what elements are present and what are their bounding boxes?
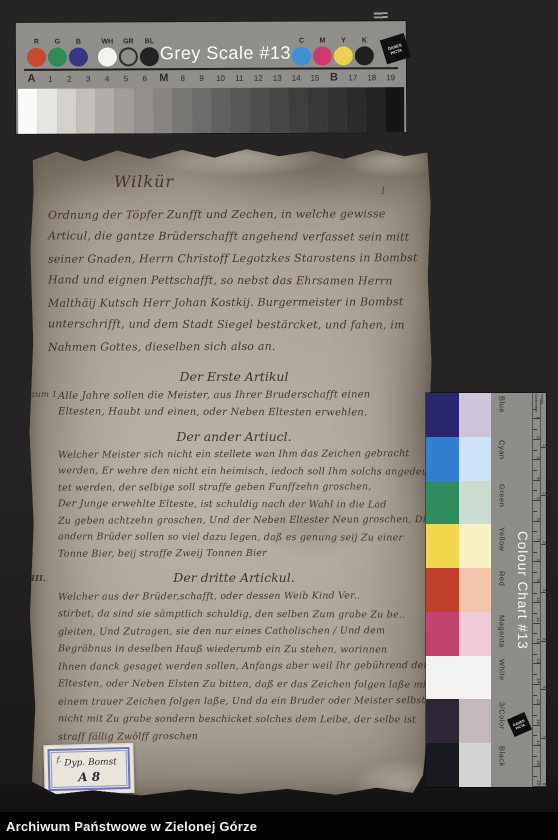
folio-number: 1 xyxy=(380,186,386,197)
manuscript-line: Articul, die gantze Brüderschafft angehe… xyxy=(48,225,420,248)
colour-chart-row: White xyxy=(426,656,513,700)
colour-label: Green xyxy=(491,481,513,525)
colour-chart-row: Blue xyxy=(426,393,513,437)
calibration-dot: R xyxy=(26,39,47,67)
colour-patch-tint xyxy=(459,393,491,437)
colour-dot-icon xyxy=(27,48,46,67)
greyscale-patch xyxy=(211,88,230,133)
greyscale-patch xyxy=(192,88,211,133)
colour-chart-row: Magenta xyxy=(426,612,513,656)
ruler-number: 6 xyxy=(542,686,547,689)
greyscale-patch xyxy=(115,88,134,133)
ruler-number: 7 xyxy=(542,735,547,738)
colour-label: Yellow xyxy=(491,524,513,568)
manuscript-line: Welcher Meister sich nicht ein stellete … xyxy=(48,446,420,464)
colour-patch xyxy=(426,568,459,612)
ruler-inch-scale: 12345678 xyxy=(540,399,547,787)
scale-label: A xyxy=(22,73,41,85)
greyscale-patch xyxy=(269,88,288,133)
greyscale-patch xyxy=(327,87,346,132)
greyscale-patch xyxy=(365,87,384,132)
document-title: Wilkür xyxy=(114,172,174,191)
manuscript-line: Ihnen danck gesaget werden sollen, Anfan… xyxy=(48,657,420,676)
colour-dot-icon xyxy=(355,46,374,65)
ruler-tick-inch: 3 xyxy=(541,496,547,545)
section-heading: Der ander Artiucl. xyxy=(48,430,420,444)
colour-label: Blue xyxy=(491,393,513,437)
dot-label: C xyxy=(299,38,304,46)
section-body: Alle Jahre sollen die Meister, aus Ihrer… xyxy=(48,387,420,421)
colour-label: Magenta xyxy=(491,612,513,656)
dot-label: WH xyxy=(101,38,113,46)
colour-dot-icon xyxy=(48,48,67,67)
scale-label: 18 xyxy=(362,73,381,82)
colour-chart-row: Red xyxy=(426,568,513,612)
colour-patch xyxy=(426,612,459,656)
greyscale-gradient-strip xyxy=(18,87,404,134)
ruler: Centimetres Inches 123456789101112131415… xyxy=(532,393,547,787)
section-article-1: Der Erste Artikul Alle Jahre sollen die … xyxy=(48,370,420,421)
colour-patch xyxy=(426,699,459,743)
dot-label: G xyxy=(55,39,60,47)
calibration-dot: C xyxy=(291,38,312,66)
colour-chart-row: Green xyxy=(426,481,513,525)
greyscale-patch xyxy=(172,88,191,133)
colour-patch-column: Blue Cyan Green Yellow Red Magenta xyxy=(426,393,513,787)
grey-scale-title: Grey Scale #13 xyxy=(160,43,291,67)
manuscript-line: Zu geben achtzehn groschen, Und der Nebe… xyxy=(48,512,420,530)
scale-label: 15 xyxy=(306,73,325,82)
manuscript-line: Tonne Bier, beij straffe Zweij Tonnen Bi… xyxy=(48,545,420,563)
dot-label: K xyxy=(362,37,367,45)
manuscript-line: Welcher aus der Brüder,schafft, oder des… xyxy=(48,587,420,606)
colour-dot-icon xyxy=(292,47,311,66)
scale-label: 11 xyxy=(230,73,249,82)
calibration-dot: WH xyxy=(97,38,118,66)
intro-paragraph: Ordnung der Töpfer Zunfft und Zechen, in… xyxy=(48,204,420,358)
colour-patch-tint xyxy=(459,437,491,481)
ruler-tick-inch: 4 xyxy=(541,545,547,594)
colour-label: Black xyxy=(491,743,513,787)
colour-label: White xyxy=(491,656,513,700)
manuscript-line: Der Junge erwehlte Elteste, ist schuldig… xyxy=(48,496,420,514)
colour-patch xyxy=(426,481,459,525)
stamp-signature: A 8 xyxy=(45,769,133,785)
scale-label: 14 xyxy=(287,73,306,82)
greyscale-patch xyxy=(95,88,114,133)
scale-label: 10 xyxy=(211,73,230,82)
greyscale-patch xyxy=(76,89,95,134)
manuscript-line: tet werden, der selbige soll straffe geb… xyxy=(48,479,420,497)
scale-label: 19 xyxy=(381,73,400,82)
greyscale-patch xyxy=(134,88,153,133)
ruler-tick-inch: 8 xyxy=(541,739,547,788)
greyscale-patch xyxy=(307,87,326,132)
colour-patch-tint xyxy=(459,524,491,568)
colour-dot-icon xyxy=(334,46,353,65)
ruler-tick-inch: 5 xyxy=(541,593,547,642)
calibration-dot: M xyxy=(312,37,333,65)
scale-label: 2 xyxy=(60,74,79,83)
section-article-3: Der dritte Artickul. Welcher aus der Brü… xyxy=(48,571,420,746)
colour-dot-icon xyxy=(119,47,138,66)
greyscale-patch xyxy=(346,87,365,132)
colour-patch-tint xyxy=(459,699,491,743)
colour-chart-row: Cyan xyxy=(426,437,513,481)
colour-patch-tint xyxy=(459,656,491,700)
manuscript-line: Eltesten, Haubt und einen, oder Neben El… xyxy=(48,403,420,421)
section-body: Welcher Meister sich nicht ein stellete … xyxy=(48,447,420,563)
card-serial-mark xyxy=(374,12,388,18)
scale-label: 17 xyxy=(343,73,362,82)
logo-text: DANES PICTA xyxy=(382,40,409,57)
ruler-number: 4 xyxy=(542,589,547,592)
ruler-tick-inch: 7 xyxy=(541,690,547,739)
calibration-dot: G xyxy=(47,39,68,67)
section-heading: Der dritte Artickul. xyxy=(48,571,420,585)
greyscale-patch xyxy=(250,88,269,133)
greyscale-patch xyxy=(230,88,249,133)
dot-label: B xyxy=(76,39,81,47)
ruler-unit-in: Inches xyxy=(539,394,545,413)
colour-patch-tint xyxy=(459,481,491,525)
greyscale-patch xyxy=(153,88,172,133)
colour-dot-icon xyxy=(69,48,88,67)
dot-label: Y xyxy=(341,37,346,45)
calibration-dot: GR xyxy=(118,38,139,66)
colour-patch xyxy=(426,393,459,437)
colour-label: Red xyxy=(491,568,513,612)
ruler-number: 1 xyxy=(542,444,547,447)
manuscript-line: einem trauer Zeichen folgen laße, Und da… xyxy=(48,692,420,711)
section-body: Welcher aus der Brüder,schafft, oder des… xyxy=(48,588,420,746)
greyscale-patch xyxy=(57,89,76,134)
colour-chart-row: Black xyxy=(426,743,513,787)
scale-label: B xyxy=(324,71,343,83)
colour-label: Cyan xyxy=(491,437,513,481)
ruler-number: 5 xyxy=(542,638,547,641)
colour-patch xyxy=(426,524,459,568)
ruler-unit-labels: Centimetres Inches xyxy=(533,394,547,413)
colour-patch xyxy=(426,743,459,787)
manuscript-line: gleiten, Und Zutragen, sie den nur eines… xyxy=(48,622,420,641)
manuscript-line: Ordnung der Töpfer Zunfft und Zechen, in… xyxy=(48,203,420,227)
ruler-number: 8 xyxy=(542,783,547,786)
danes-picta-logo-icon: DANES PICTA xyxy=(380,33,411,64)
ruler-number: 3 xyxy=(542,541,547,544)
scale-label: 5 xyxy=(117,74,136,83)
colour-dot-icon xyxy=(140,47,159,66)
scale-label: 12 xyxy=(249,73,268,82)
colour-patch-tint xyxy=(459,568,491,612)
calibration-dots-row: R G B WH GR BL Grey Scal xyxy=(16,21,406,67)
archive-stamp: f. Dyp. Bomst A 8 xyxy=(43,743,134,795)
ruler-tick-inch: 2 xyxy=(541,448,547,497)
section-heading: Der Erste Artikul xyxy=(48,370,420,384)
logo-text: DANES PICTA xyxy=(509,717,530,732)
manuscript-line: nicht mit Zu grabe sondern beschicket so… xyxy=(48,710,420,729)
calibration-dot: B xyxy=(68,39,89,67)
colour-patch xyxy=(426,656,459,700)
archive-name: Archiwum Państwowe w Zielonej Górze xyxy=(6,819,257,834)
manuscript-line: Hand und eignen Pettschafft, so nebst da… xyxy=(48,269,420,292)
scale-label: 4 xyxy=(98,74,117,83)
manuscript-line: Nahmen Gottes, dieselben sich also an. xyxy=(48,335,420,359)
colour-patch xyxy=(426,437,459,481)
manuscript-line: Alle Jahre sollen die Meister, aus Ihrer… xyxy=(48,386,420,405)
ruler-number: 2 xyxy=(542,492,547,495)
greyscale-patch xyxy=(288,88,307,133)
scale-label: 1 xyxy=(41,74,60,83)
colour-chart-card: Blue Cyan Green Yellow Red Magenta xyxy=(426,393,546,787)
stamp-text: f. Dyp. Bomst xyxy=(57,754,133,769)
colour-chart-row: Yellow xyxy=(426,524,513,568)
scale-label: 9 xyxy=(192,73,211,82)
stamp-prefix: f. xyxy=(57,756,62,764)
scale-label: M xyxy=(154,72,173,84)
scale-label: 6 xyxy=(135,74,154,83)
scale-label: 13 xyxy=(268,73,287,82)
calibration-dot: BL xyxy=(139,38,160,66)
scale-label: 3 xyxy=(79,74,98,83)
greyscale-patch xyxy=(37,89,56,134)
manuscript-line: Malthäij Kutsch Herr Johan Kostkij. Burg… xyxy=(48,291,420,315)
scale-label: 8 xyxy=(173,74,192,83)
colour-dot-icon xyxy=(313,46,332,65)
scale-number-row: A123456M89101112131415B171819 xyxy=(16,69,406,87)
manuscript-line: stirbet, da sind sie sämptlich schuldig,… xyxy=(48,605,420,624)
greyscale-patch xyxy=(18,89,37,134)
manuscript-line: andern Brüder sollen so viel dazu legen,… xyxy=(48,529,420,547)
dot-label: R xyxy=(34,39,39,47)
cmyk-dot-group: C M Y K xyxy=(291,37,375,65)
colour-patch-tint xyxy=(459,612,491,656)
manuscript-page: Wilkür 1 Ordnung der Töpfer Zunfft und Z… xyxy=(28,146,433,798)
footer-bar: Archiwum Państwowe w Zielonej Górze xyxy=(0,812,558,840)
dot-label: GR xyxy=(123,38,134,46)
rgb-dot-group: R G B WH GR BL xyxy=(26,38,160,67)
margin-note: III. xyxy=(31,574,46,584)
stamp-line: Dyp. Bomst xyxy=(64,757,117,768)
grey-scale-card: R G B WH GR BL Grey Scal xyxy=(16,21,406,134)
colour-chart-row: 3/Color xyxy=(426,699,513,743)
ruler-tick-inch: 6 xyxy=(541,642,547,691)
calibration-dot: K xyxy=(354,37,375,65)
manuscript-line: unterschrifft, und dem Stadt Siegel best… xyxy=(48,313,420,336)
greyscale-patch xyxy=(385,87,404,132)
dot-label: M xyxy=(319,38,325,46)
manuscript-line: werden, Er wehre den nicht ein heimisch,… xyxy=(48,463,420,481)
calibration-dot: Y xyxy=(333,37,354,65)
archival-scan: R G B WH GR BL Grey Scal xyxy=(0,0,558,840)
colour-patch-tint xyxy=(459,743,491,787)
manuscript-line: seiner Gnaden, Herrn Christoff Legotzkes… xyxy=(48,247,420,271)
manuscript-line: Begräbnus in deselben Hauß wiederumb ein… xyxy=(48,640,420,659)
section-article-2: Der ander Artiucl. Welcher Meister sich … xyxy=(48,430,420,563)
colour-dot-icon xyxy=(98,47,117,66)
manuscript-line: Eltesten, oder Neben Elsten Zu bitten, d… xyxy=(48,675,420,694)
dot-label: BL xyxy=(145,38,154,46)
